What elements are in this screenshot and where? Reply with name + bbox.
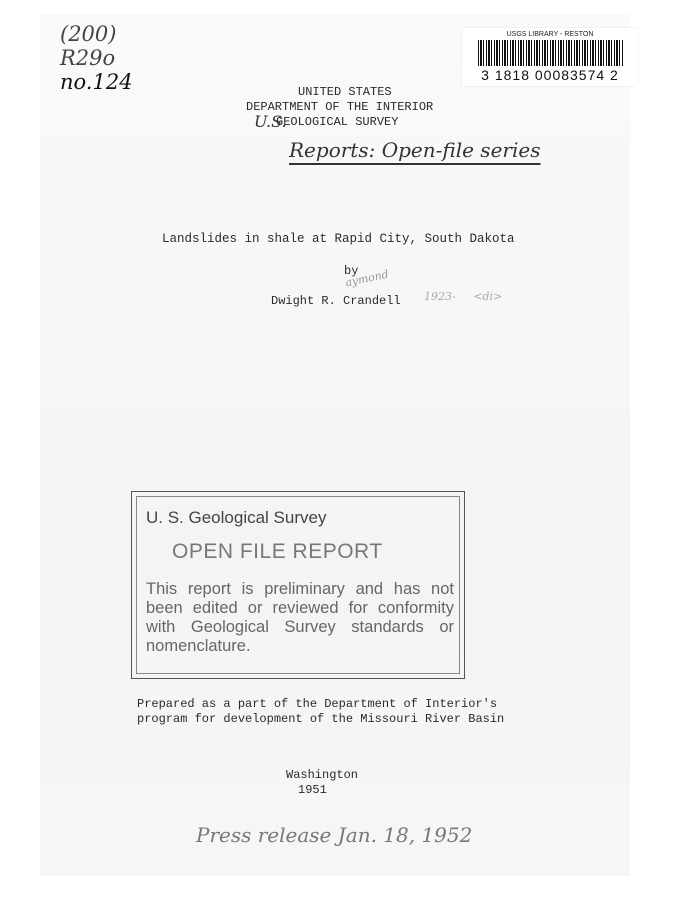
prepared-note-line-1: Prepared as a part of the Department of … <box>137 697 497 711</box>
barcode-number: 3 1818 00083574 2 <box>462 67 638 83</box>
call-number-line: no.124 <box>60 70 133 94</box>
header-line-3: GEOLOGICAL SURVEY <box>276 115 398 129</box>
open-file-stamp: U. S. Geological Survey OPEN FILE REPORT… <box>131 491 465 679</box>
author-extra: <di> <box>473 290 502 303</box>
call-number-line: R29o <box>60 46 133 70</box>
imprint-year: 1951 <box>298 783 327 797</box>
series-note-handwritten: Reports: Open-file series <box>289 138 540 162</box>
press-release-handwritten: Press release Jan. 18, 1952 <box>196 823 472 847</box>
barcode-library: USGS LIBRARY - RESTON <box>462 31 638 38</box>
author-dates-handwritten: 1923- <di> <box>424 290 502 303</box>
author-name: Dwight R. Crandell <box>271 294 401 308</box>
author-dates: 1923- <box>424 290 456 303</box>
imprint-place: Washington <box>286 768 358 782</box>
stamp-body: This report is preliminary and has not b… <box>146 580 454 656</box>
header-line-1: UNITED STATES <box>298 85 392 99</box>
call-number-line: (200) <box>60 22 133 46</box>
stamp-heading: OPEN FILE REPORT <box>172 540 383 564</box>
barcode-icon <box>478 40 624 66</box>
barcode-label: USGS LIBRARY - RESTON 3 1818 00083574 2 <box>462 28 638 86</box>
call-number-handwritten: (200) R29o no.124 <box>60 22 133 94</box>
stamp-agency: U. S. Geological Survey <box>146 508 326 528</box>
report-title: Landslides in shale at Rapid City, South… <box>162 232 515 246</box>
prepared-note-line-2: program for development of the Missouri … <box>137 712 504 726</box>
